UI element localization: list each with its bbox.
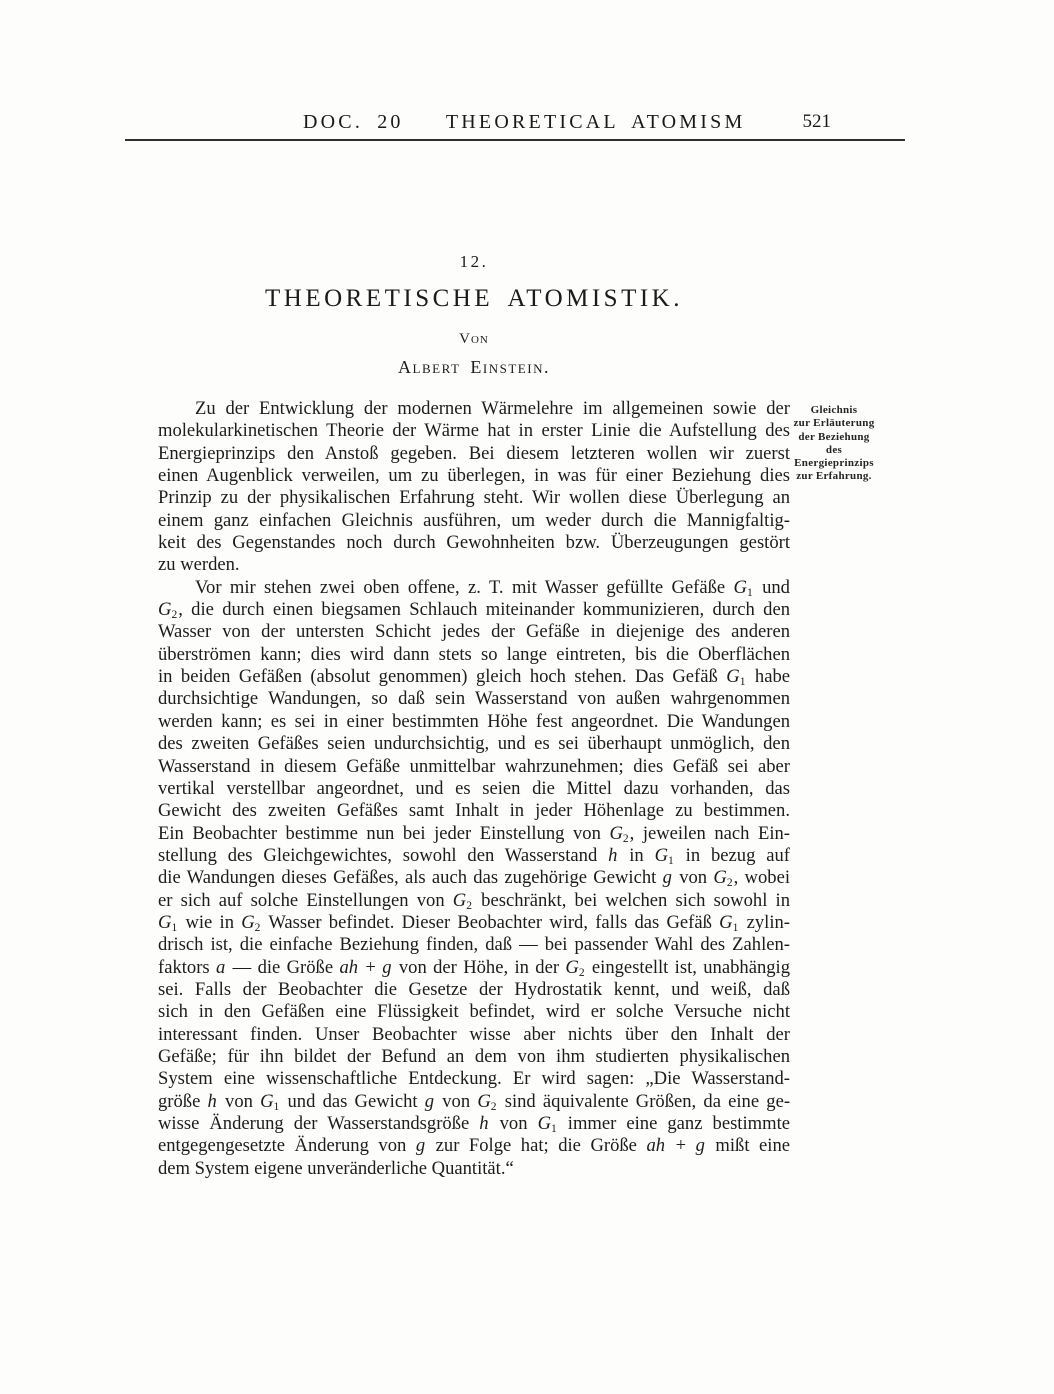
math-variable: g: [696, 1135, 706, 1156]
body-line: des zweiten Gefäßes seien undurchsichtig…: [158, 733, 790, 755]
scanned-book-page: DOC. 20 THEORETICAL ATOMISM 521 12. THEO…: [0, 0, 1054, 1394]
math-variable: G2: [713, 867, 733, 888]
math-variable: G2: [241, 912, 261, 933]
body-text: Zu der Entwicklung der modernen Wärmeleh…: [158, 398, 790, 1180]
body-line: G1 wie in G2 Wasser befindet. Dieser Beo…: [158, 912, 790, 934]
math-variable: ah: [339, 957, 359, 978]
body-line: keit des Gegenstandes noch durch Gewohnh…: [158, 532, 790, 554]
body-line: Gefäße; für ihn bildet der Befund an dem…: [158, 1046, 790, 1068]
math-variable: G1: [719, 912, 739, 933]
margin-note-line: zur Erfahrung.: [788, 470, 880, 483]
math-variable: G1: [158, 912, 178, 933]
body-line: sich in den Gefäßen eine Flüssigkeit bef…: [158, 1001, 790, 1023]
math-variable: G2: [453, 890, 473, 911]
body-line: größe h von G1 und das Gewicht g von G2 …: [158, 1091, 790, 1113]
body-line: zu werden.: [158, 554, 790, 576]
math-variable: G1: [726, 666, 746, 687]
body-line: Zu der Entwicklung der modernen Wärmeleh…: [158, 398, 790, 420]
body-line: drisch ist, die einfache Beziehung finde…: [158, 934, 790, 956]
page-number: 521: [803, 111, 832, 133]
body-line: einem ganz einfachen Gleichnis ausführen…: [158, 510, 790, 532]
math-variable: G1: [734, 577, 754, 598]
body-line: G2, die durch einen biegsamen Schlauch m…: [158, 599, 790, 621]
body-line: Ein Beobachter bestimme nun bei jeder Ei…: [158, 823, 790, 845]
body-line: die Wandungen dieses Gefäßes, als auch d…: [158, 867, 790, 889]
math-variable: G2: [565, 957, 585, 978]
math-variable: G1: [260, 1091, 280, 1112]
math-variable: h: [608, 845, 618, 866]
running-head: DOC. 20 THEORETICAL ATOMISM: [303, 111, 745, 134]
math-variable: G2: [609, 823, 629, 844]
body-line: wisse Änderung der Wasserstandsgröße h v…: [158, 1113, 790, 1135]
body-line: faktors a — die Größe ah + g von der Höh…: [158, 957, 790, 979]
header-rule: [125, 139, 905, 141]
math-variable: g: [425, 1091, 435, 1112]
body-line: vertikal verstellbar angeordnet, und es …: [158, 778, 790, 800]
body-line: sei. Falls der Beobachter die Gesetze de…: [158, 979, 790, 1001]
margin-note: Gleichniszur Erläuterungder Beziehungdes…: [788, 404, 880, 484]
body-line: interessant finden. Unser Beobachter wis…: [158, 1024, 790, 1046]
body-line: durchsichtige Wandungen, so daß sein Was…: [158, 688, 790, 710]
body-line: einen Augenblick verweilen, um zu überle…: [158, 465, 790, 487]
math-variable: a: [216, 957, 226, 978]
body-line: Gewicht des zweiten Gefäßes samt Inhalt …: [158, 800, 790, 822]
margin-note-line: Gleichnis: [788, 404, 880, 417]
body-line: molekularkinetischen Theorie der Wärme h…: [158, 420, 790, 442]
math-variable: h: [479, 1113, 489, 1134]
margin-note-line: Energieprinzips: [788, 457, 880, 470]
math-variable: G2: [158, 599, 178, 620]
body-line: Prinzip zu der physikalischen Erfahrung …: [158, 487, 790, 509]
math-variable: G1: [538, 1113, 558, 1134]
math-variable: G2: [477, 1091, 497, 1112]
body-line: dem System eigene unveränderliche Quanti…: [158, 1158, 790, 1180]
body-line: stellung des Gleichgewichtes, sowohl den…: [158, 845, 790, 867]
body-line: Vor mir stehen zwei oben offene, z. T. m…: [158, 577, 790, 599]
math-variable: h: [208, 1091, 218, 1112]
section-number: 12.: [158, 252, 790, 272]
math-variable: ah: [646, 1135, 666, 1156]
page-header: DOC. 20 THEORETICAL ATOMISM 521: [125, 111, 905, 137]
body-line: überströmen kann; dies wird dann stets s…: [158, 644, 790, 666]
margin-note-line: zur Erläuterung: [788, 417, 880, 430]
body-line: entgegengesetzte Änderung von g zur Folg…: [158, 1135, 790, 1157]
margin-note-line: des: [788, 444, 880, 457]
body-line: werden kann; es sei in einer bestimmten …: [158, 711, 790, 733]
math-variable: g: [416, 1135, 426, 1156]
article-title: THEORETISCHE ATOMISTIK.: [158, 285, 790, 313]
math-variable: g: [382, 957, 392, 978]
body-line: in beiden Gefäßen (absolut genommen) gle…: [158, 666, 790, 688]
body-line: System eine wissenschaftliche Entdeckung…: [158, 1068, 790, 1090]
margin-note-line: der Beziehung: [788, 431, 880, 444]
body-line: Energieprinzips den Anstoß gegeben. Bei …: [158, 443, 790, 465]
body-line: er sich auf solche Einstellungen von G2 …: [158, 890, 790, 912]
body-line: Wasser von der untersten Schicht jedes d…: [158, 621, 790, 643]
math-variable: G1: [655, 845, 675, 866]
author-name: Albert Einstein.: [158, 357, 790, 378]
math-variable: g: [663, 867, 673, 888]
byline-prefix: Von: [158, 331, 790, 348]
body-line: Wasserstand in diesem Gefäße unmittelbar…: [158, 756, 790, 778]
